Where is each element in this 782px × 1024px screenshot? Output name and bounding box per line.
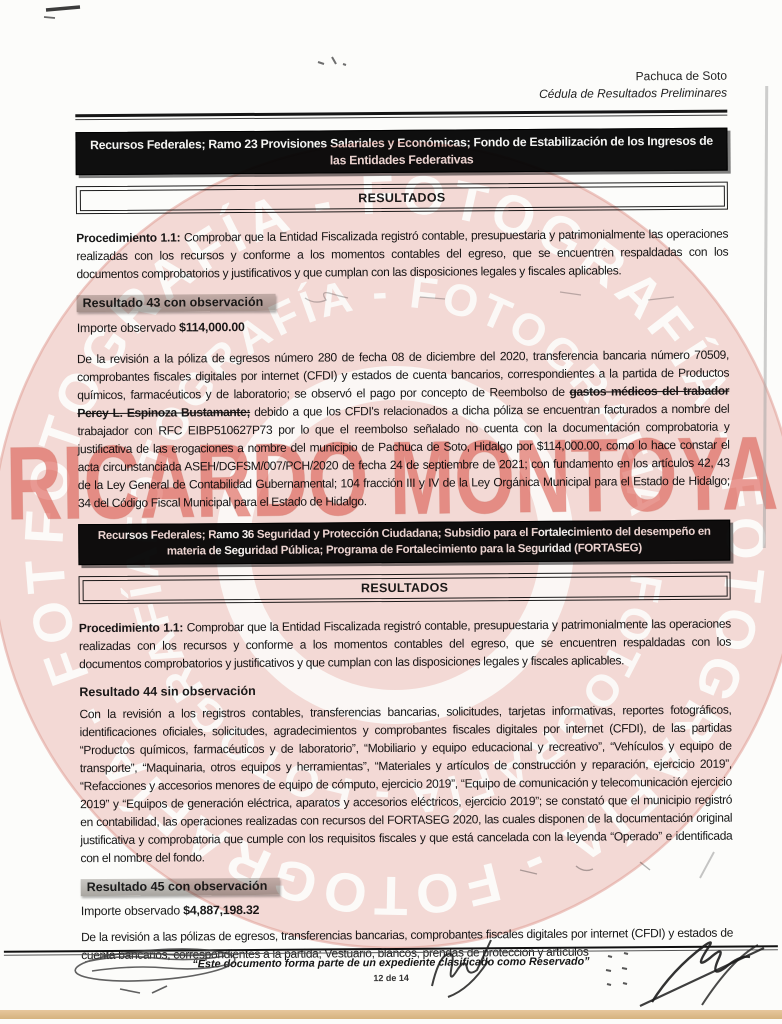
importe-value-45: $4,887,198.32: [183, 903, 259, 918]
footer-confidentiality-notice: “Este documento forma parte de un expedi…: [0, 954, 782, 971]
scanned-document-page: Pachuca de Soto Cédula de Resultados Pre…: [0, 0, 782, 1024]
resultado-44-row: Resultado 44 sin observación: [79, 681, 731, 700]
footer-page-number: 12 de 14: [0, 970, 782, 985]
resultado-44-label: Resultado 44 sin observación: [79, 684, 256, 699]
header-doc-title: Cédula de Resultados Preliminares: [75, 85, 727, 107]
importe-observado-43: Importe observado $114,000.00: [77, 317, 729, 336]
page-footer: “Este documento forma parte de un expedi…: [0, 945, 782, 985]
resultado-44-paragraph: Con la revisión a los registros contable…: [79, 701, 732, 868]
scanner-bed-strip: [0, 1010, 782, 1019]
resultado-45-label: Resultado 45 con observación: [81, 878, 280, 896]
section-banner-ramo36: Recursos Federales; Ramo 36 Seguridad y …: [78, 520, 730, 566]
importe-label-43: Importe observado: [77, 320, 179, 335]
procedimiento-paragraph-1: Procedimiento 1.1: Comprobar que la Enti…: [76, 225, 728, 284]
section-banner-ramo23: Recursos Federales; Ramo 23 Provisiones …: [75, 128, 727, 175]
procedimiento-label-1: Procedimiento 1.1:: [76, 230, 184, 245]
observacion-43-paragraph: De la revisión a la póliza de egresos nú…: [77, 346, 730, 513]
resultado-45-row: Resultado 45 con observación: [81, 875, 733, 897]
header-divider: [75, 110, 727, 121]
resultados-title-2: RESULTADOS: [82, 575, 727, 601]
procedimiento-label-2: Procedimiento 1.1:: [79, 620, 187, 635]
procedimiento-paragraph-2: Procedimiento 1.1: Comprobar que la Enti…: [79, 615, 731, 674]
importe-label-45: Importe observado: [81, 903, 183, 918]
importe-value-43: $114,000.00: [179, 320, 245, 334]
resultados-box-2: RESULTADOS: [79, 572, 731, 605]
resultado-43-label: Resultado 43 con observación: [77, 294, 276, 312]
document-header: Pachuca de Soto Cédula de Resultados Pre…: [75, 68, 727, 107]
importe-observado-45: Importe observado $4,887,198.32: [81, 900, 733, 919]
document-sheet: Pachuca de Soto Cédula de Resultados Pre…: [0, 0, 782, 977]
resultado-43-row: Resultado 43 con observación: [77, 291, 729, 313]
resultados-title-1: RESULTADOS: [79, 185, 724, 211]
resultados-box-1: RESULTADOS: [76, 182, 728, 215]
